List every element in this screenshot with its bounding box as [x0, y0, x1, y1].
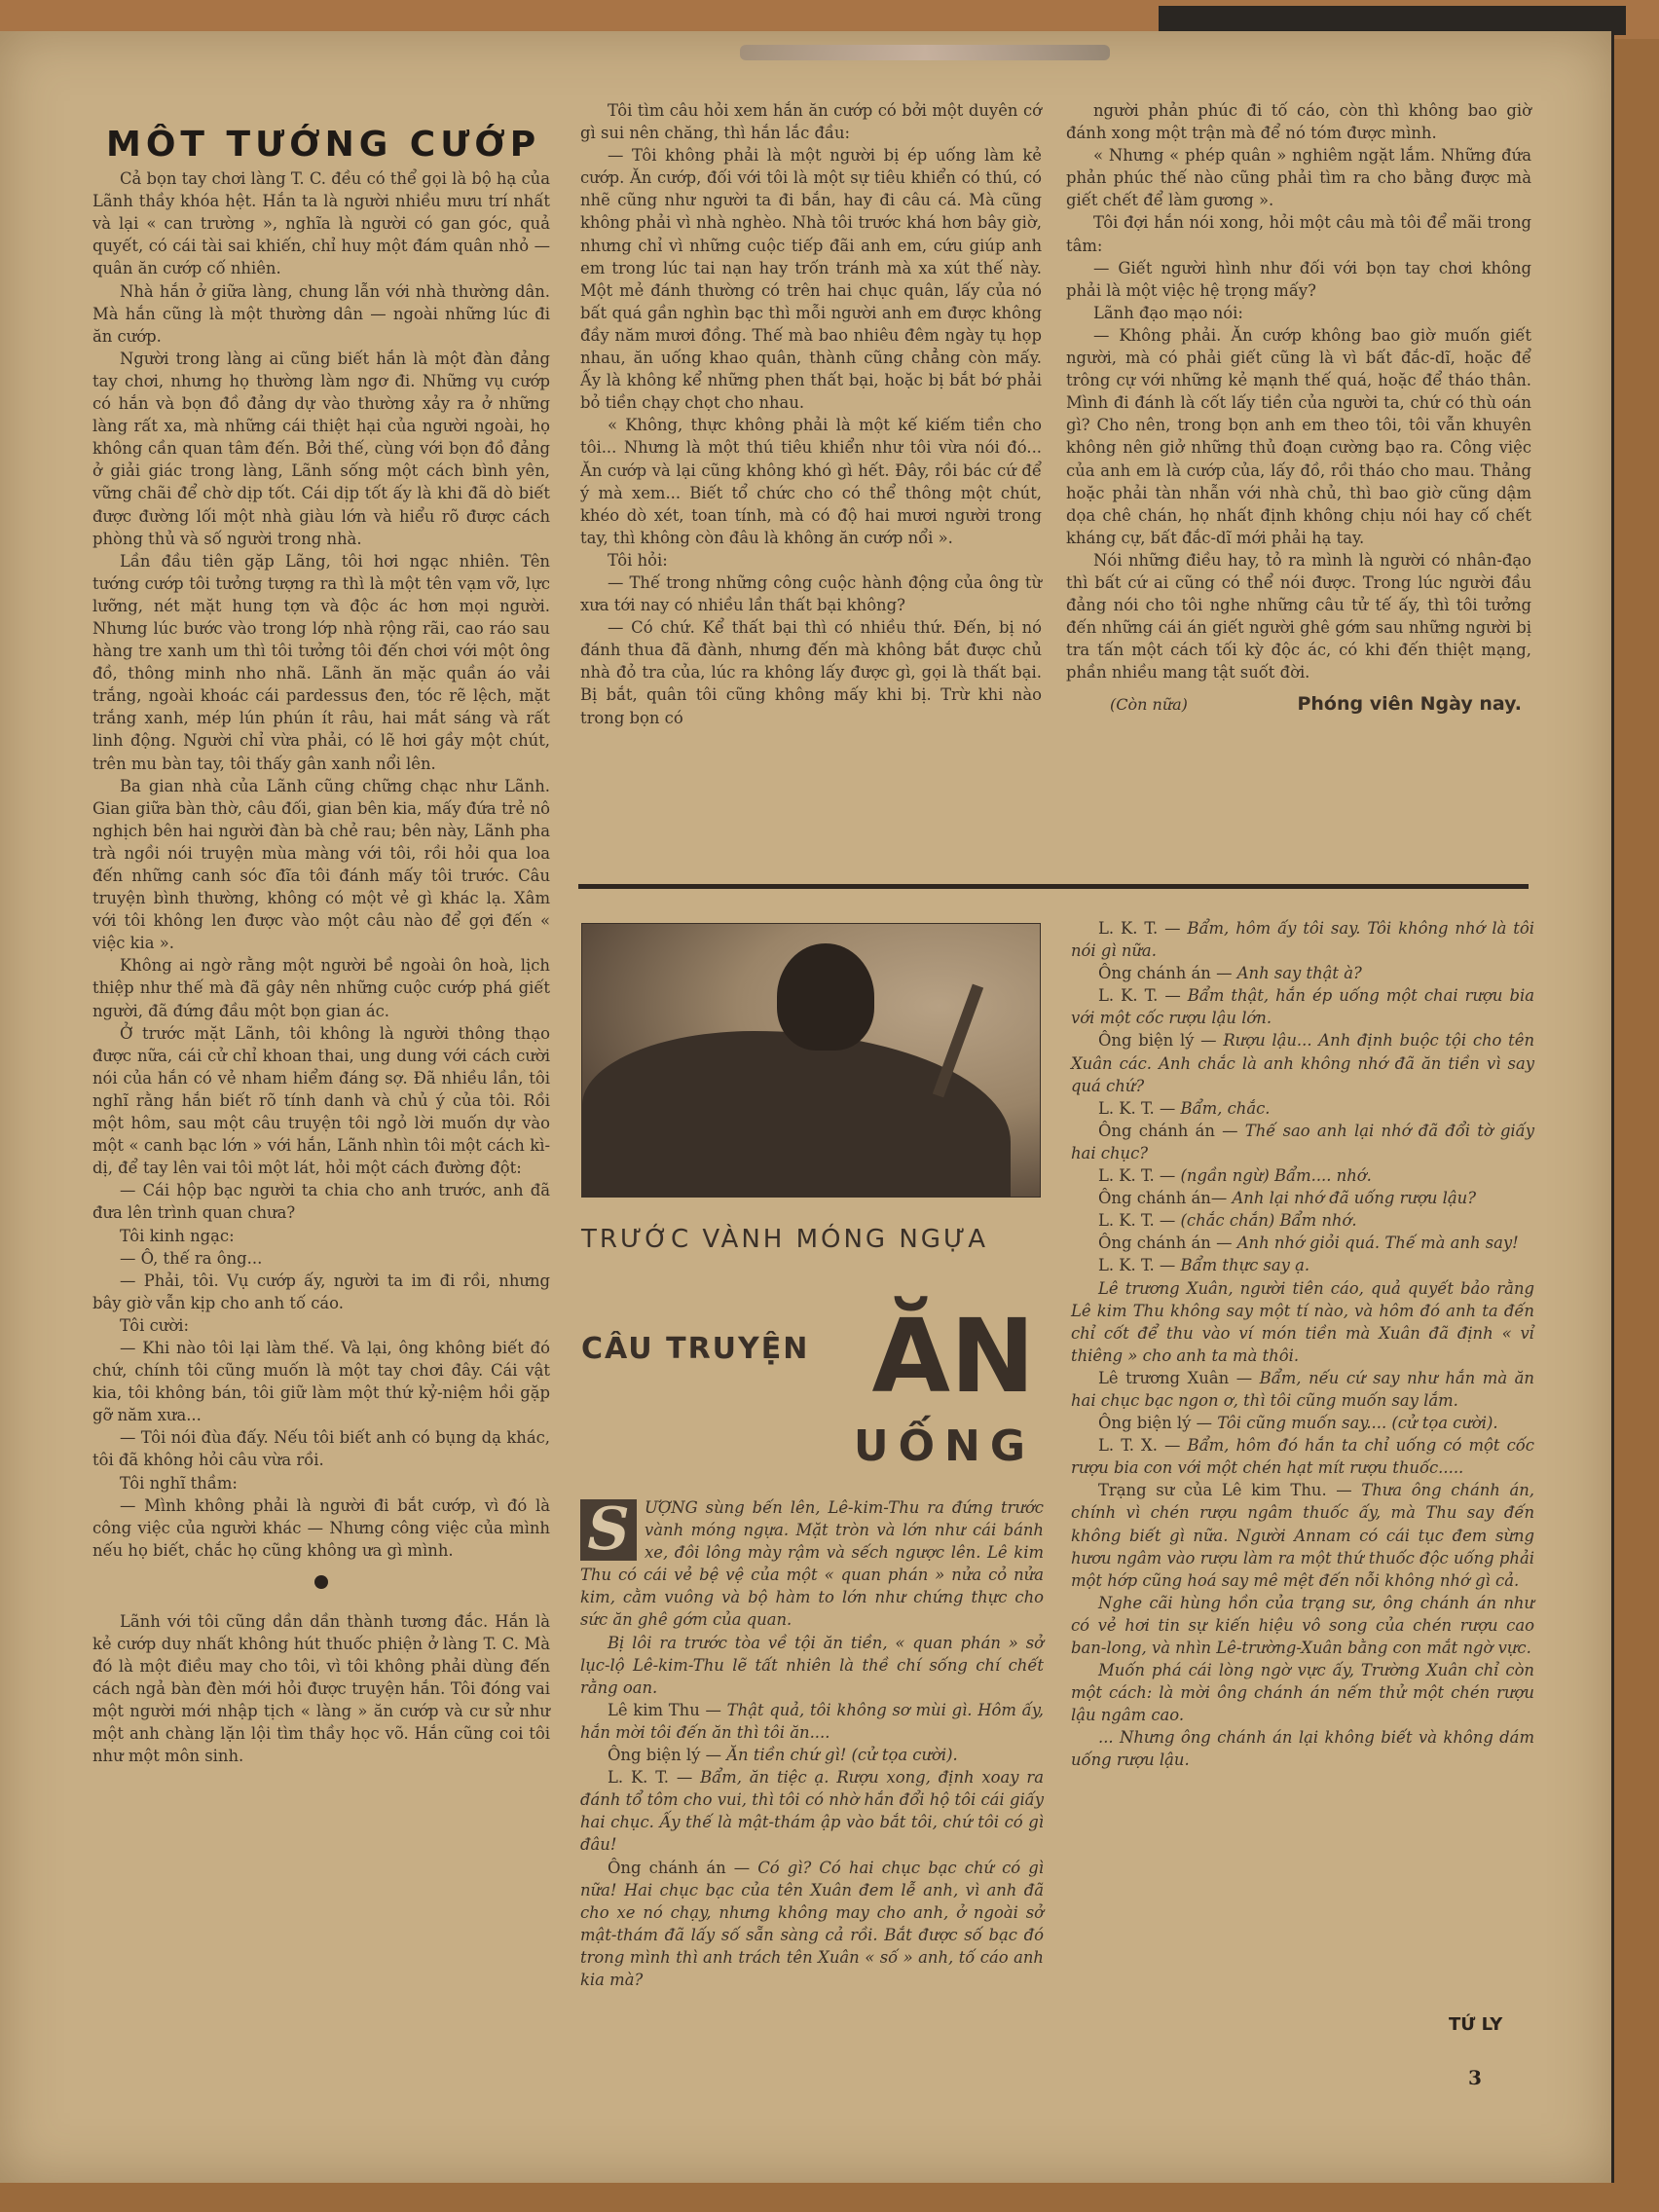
paragraph: Trạng sư của Lê kim Thu. — Thưa ông chán… [1071, 1479, 1534, 1591]
dialogue-text: (chắc chắn) Bẩm nhớ. [1181, 1211, 1357, 1230]
section-divider-rule [578, 884, 1529, 889]
speaker-label: Ông biện lý — [1098, 1031, 1217, 1050]
dialogue-text: Anh lại nhớ đã uống rượu lậu? [1232, 1189, 1476, 1207]
paragraph: Cả bọn tay chơi làng T. C. đều có thể gọ… [92, 167, 550, 279]
paragraph: Ông chánh án — Thế sao anh lại nhớ đã đổ… [1071, 1120, 1534, 1164]
dialogue-text: Anh nhớ giỏi quá. Thế mà anh say! [1237, 1234, 1519, 1252]
dialogue-text: Bẩm, chắc. [1181, 1099, 1271, 1118]
speaker-label: L. K. T. — [1098, 919, 1180, 938]
paragraph: « Nhưng « phép quân » nghiêm ngặt lắm. N… [1066, 144, 1531, 211]
article2-dialogue-paragraphs: L. K. T. — Bẩm, hôm ấy tôi say. Tôi khôn… [1071, 917, 1534, 1772]
paragraph: Ba gian nhà của Lãnh cũng chững chạc như… [92, 775, 550, 955]
paragraph: Lần đầu tiên gặp Lãng, tôi hơi ngạc nhiê… [92, 550, 550, 775]
article2-header: TRƯỚC VÀNH MÓNG NGỰA CÂU TRUYỆN ĂN UỐNG [581, 1225, 1043, 1478]
article2-kicker: TRƯỚC VÀNH MÓNG NGỰA [581, 1225, 1043, 1254]
article1-middle-paragraphs: Tôi tìm câu hỏi xem hắn ăn cướp có bởi m… [580, 99, 1042, 729]
article2-photo [581, 923, 1041, 1198]
paragraph: — Tôi nói đùa đấy. Nếu tôi biết anh có b… [92, 1426, 550, 1471]
paragraph: Muốn phá cái lòng ngờ vực ấy, Trường Xuâ… [1071, 1659, 1534, 1726]
speaker-label: L. K. T. — [1098, 1099, 1175, 1118]
article1-right-paragraphs: người phản phúc đi tố cáo, còn thì không… [1066, 99, 1531, 683]
newspaper-page: MÔT TƯỚNG CƯỚP Cả bọn tay chơi làng T. C… [0, 31, 1614, 2183]
speaker-label: Lê trương Xuân — [1098, 1369, 1252, 1387]
paragraph: Tôi nghĩ thầm: [92, 1472, 550, 1494]
continued-note: (Còn nữa) [1110, 693, 1188, 716]
article1-signoff: (Còn nữa) Phóng viên Ngày nay. [1066, 693, 1531, 716]
paragraph: Lãnh với tôi cũng dần dần thành tương đắ… [92, 1610, 550, 1768]
paragraph: — Phải, tôi. Vụ cướp ấy, người ta im đi … [92, 1270, 550, 1314]
paragraph: Bị lôi ra trước tòa về tội ăn tiền, « qu… [580, 1632, 1044, 1699]
paragraph: Tôi tìm câu hỏi xem hắn ăn cướp có bởi m… [580, 99, 1042, 144]
speaker-label: Ông chánh án — [1098, 1234, 1232, 1252]
article1-left-paragraphs: Cả bọn tay chơi làng T. C. đều có thể gọ… [92, 167, 550, 1562]
article2-author: TỨ LY [1449, 2014, 1502, 2035]
paragraph: Ông biện lý — Ăn tiền chứ gì! (cử tọa cư… [580, 1744, 1044, 1766]
paragraph: Ở trước mặt Lãnh, tôi không là người thô… [92, 1022, 550, 1180]
dialogue-text: ... Nhưng ông chánh án lại không biết và… [1071, 1728, 1534, 1769]
paragraph: Không ai ngờ rằng một người bề ngoài ôn … [92, 954, 550, 1021]
paragraph: — Thế trong những công cuộc hành động củ… [580, 571, 1042, 616]
article1-title: MÔT TƯỚNG CƯỚP [106, 133, 550, 156]
speaker-label: L. K. T. — [1098, 1211, 1175, 1230]
paragraph: Ông biện lý — Rượu lậu... Anh định buộc … [1071, 1029, 1534, 1096]
paragraph: Ông chánh án — Anh nhớ giỏi quá. Thế mà … [1071, 1232, 1534, 1254]
paragraph: Lãnh đạo mạo nói: [1066, 302, 1531, 324]
dialogue-text: Tôi cũng muốn say.... (cử tọa cười). [1217, 1414, 1497, 1432]
paragraph: Lê trương Xuân, người tiên cáo, quả quyế… [1071, 1277, 1534, 1367]
paragraph: — Cái hộp bạc người ta chia cho anh trướ… [92, 1179, 550, 1224]
dialogue-text: Ăn tiền chứ gì! (cử tọa cười). [726, 1746, 958, 1764]
article2-column-dialogue: L. K. T. — Bẩm, hôm ấy tôi say. Tôi khôn… [1071, 917, 1534, 1772]
dialogue-text: Lê trương Xuân, người tiên cáo, quả quyế… [1071, 1279, 1534, 1365]
speaker-label: Ông biện lý — [1098, 1414, 1212, 1432]
paragraph: ... Nhưng ông chánh án lại không biết và… [1071, 1726, 1534, 1771]
dialogue-text: Có gì? Có hai chục bạc chứ có gì nữa! Ha… [580, 1859, 1044, 1989]
page-number: 3 [1468, 2066, 1482, 2089]
paragraph: — Giết người hình như đối với bọn tay ch… [1066, 257, 1531, 302]
paragraph: Nghe cãi hùng hồn của trạng sư, ông chán… [1071, 1592, 1534, 1659]
article1-column-left: MÔT TƯỚNG CƯỚP Cả bọn tay chơi làng T. C… [92, 114, 550, 1768]
paragraph: người phản phúc đi tố cáo, còn thì không… [1066, 99, 1531, 144]
paragraph: Ông chánh án — Có gì? Có hai chục bạc ch… [580, 1857, 1044, 1992]
speaker-label: Ông chánh án — [1098, 964, 1232, 982]
dialogue-text: (ngần ngừ) Bẩm.... nhớ. [1181, 1166, 1372, 1185]
paragraph: L. T. X. — Bẩm, hôm đó hắn ta chỉ uống c… [1071, 1434, 1534, 1479]
paragraph: Tôi cười: [92, 1314, 550, 1337]
article1-author: Phóng viên Ngày nay. [1297, 693, 1522, 716]
article2-story-paragraphs: SƯỢNG sùng bến lên, Lê-kim-Thu ra đứng t… [580, 1496, 1044, 1991]
speaker-label: L. T. X. — [1098, 1436, 1180, 1455]
photo-figure-head [777, 943, 874, 1051]
paragraph: « Không, thực không phải là một kế kiếm … [580, 414, 1042, 549]
paragraph: Tôi đợi hắn nói xong, hỏi một câu mà tôi… [1066, 211, 1531, 256]
paragraph: — Khi nào tôi lại làm thế. Và lại, ông k… [92, 1337, 550, 1426]
speaker-label: L. K. T. — [1098, 1256, 1175, 1274]
paragraph: L. K. T. — Bẩm, hôm ấy tôi say. Tôi khôn… [1071, 917, 1534, 962]
paragraph: — Ô, thế ra ông... [92, 1247, 550, 1270]
headline-small: CÂU TRUYỆN [581, 1332, 809, 1366]
speaker-label: L. K. T. — [1098, 1166, 1175, 1185]
article2-column-story: SƯỢNG sùng bến lên, Lê-kim-Thu ra đứng t… [580, 1496, 1044, 1991]
paragraph: Lê kim Thu — Thật quả, tôi không sơ mùi … [580, 1699, 1044, 1744]
speaker-label: Ông biện lý — [608, 1746, 721, 1764]
speaker-label: L. K. T. — [1098, 986, 1181, 1005]
dialogue-text: Bẩm thực say ạ. [1181, 1256, 1310, 1274]
paragraph: Nhà hắn ở giữa làng, chung lẫn với nhà t… [92, 280, 550, 348]
drop-cap: S [580, 1499, 637, 1561]
article1-column-middle: Tôi tìm câu hỏi xem hắn ăn cướp có bởi m… [580, 99, 1042, 729]
article1-left-paragraphs-after: Lãnh với tôi cũng dần dần thành tương đắ… [92, 1610, 550, 1768]
paragraph: Lê trương Xuân — Bẩm, nếu cứ say như hắn… [1071, 1367, 1534, 1412]
paragraph: — Tôi không phải là một người bị ép uống… [580, 144, 1042, 414]
article1-column-right: người phản phúc đi tố cáo, còn thì không… [1066, 99, 1531, 717]
article2-headline: CÂU TRUYỆN ĂN UỐNG [581, 1254, 1043, 1478]
speaker-label: Ông chánh án — [1098, 1122, 1238, 1140]
speaker-label: L. K. T. — [608, 1768, 692, 1787]
lead-text: ƯỢNG sùng bến lên, Lê-kim-Thu ra đứng tr… [580, 1498, 1044, 1629]
paragraph: L. K. T. — (ngần ngừ) Bẩm.... nhớ. [1071, 1164, 1534, 1187]
paragraph: L. K. T. — (chắc chắn) Bẩm nhớ. [1071, 1209, 1534, 1232]
paragraph: L. K. T. — Bẩm thật, hắn ép uống một cha… [1071, 984, 1534, 1029]
paragraph: SƯỢNG sùng bến lên, Lê-kim-Thu ra đứng t… [580, 1496, 1044, 1632]
paragraph: Ông chánh án — Anh say thật à? [1071, 962, 1534, 984]
paragraph: Ông biện lý — Tôi cũng muốn say.... (cử … [1071, 1412, 1534, 1434]
paragraph: Tôi hỏi: [580, 549, 1042, 571]
paragraph: — Mình không phải là người đi bắt cướp, … [92, 1494, 550, 1562]
paragraph: L. K. T. — Bẩm, ăn tiệc ạ. Rượu xong, đị… [580, 1766, 1044, 1856]
paragraph: Tôi kinh ngạc: [92, 1225, 550, 1247]
dialogue-text: Bị lôi ra trước tòa về tội ăn tiền, « qu… [580, 1634, 1044, 1697]
paragraph: L. K. T. — Bẩm thực say ạ. [1071, 1254, 1534, 1276]
speaker-label: Lê kim Thu — [608, 1701, 721, 1719]
paragraph: Ông chánh án— Anh lại nhớ đã uống rượu l… [1071, 1187, 1534, 1209]
headline-big-2: UỐNG [854, 1421, 1035, 1471]
dialogue-text: Muốn phá cái lòng ngờ vực ấy, Trường Xuâ… [1071, 1661, 1534, 1724]
speaker-label: Ông chánh án — [608, 1859, 750, 1877]
dialogue-text: Anh say thật à? [1237, 964, 1362, 982]
paragraph: L. K. T. — Bẩm, chắc. [1071, 1097, 1534, 1120]
torn-paper-edge [740, 45, 1110, 60]
paragraph: — Có chứ. Kể thất bại thì có nhiều thứ. … [580, 616, 1042, 728]
speaker-label: Trạng sư của Lê kim Thu. — [1098, 1481, 1352, 1499]
speaker-label: Ông chánh án— [1098, 1189, 1227, 1207]
paragraph: Người trong làng ai cũng biết hắn là một… [92, 348, 550, 550]
paragraph: — Không phải. Ăn cướp không bao giờ muốn… [1066, 324, 1531, 549]
paragraph: Nói những điều hay, tỏ ra mình là người … [1066, 549, 1531, 684]
dialogue-text: Nghe cãi hùng hồn của trạng sư, ông chán… [1071, 1594, 1534, 1657]
headline-big: ĂN [871, 1303, 1035, 1410]
section-bullet-icon [314, 1575, 328, 1589]
